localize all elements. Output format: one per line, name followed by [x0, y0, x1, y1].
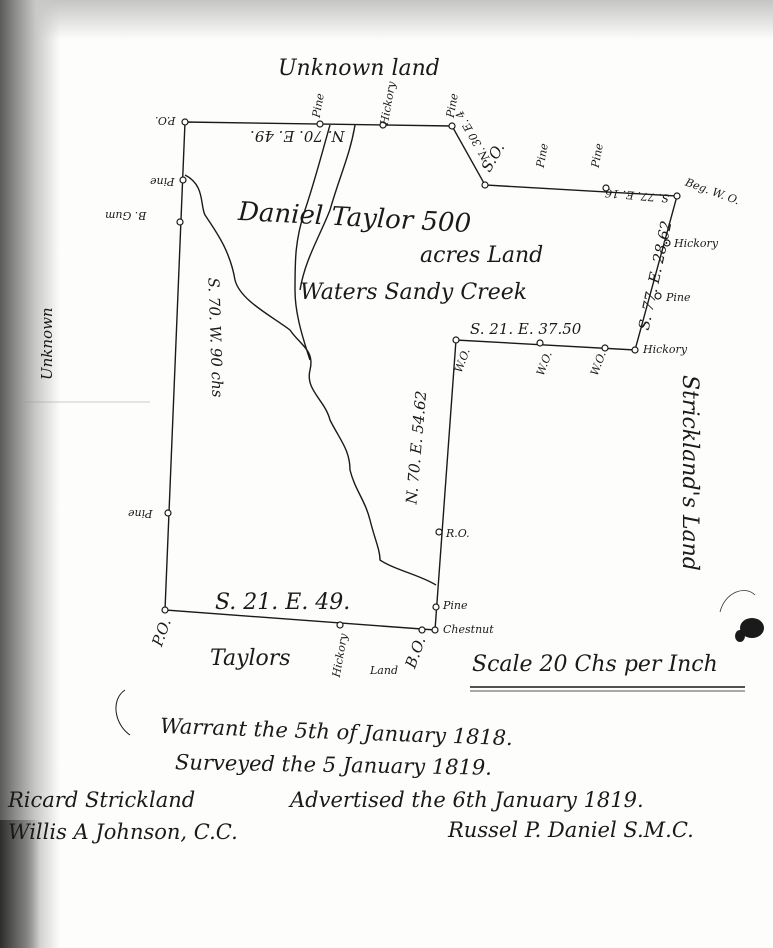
corner-se-hickory: Hickory: [643, 344, 687, 355]
corner-west-pine-1: Pine: [150, 176, 175, 187]
footer-clerk: Willis A Johnson, C.C.: [8, 822, 238, 843]
corner-nw: P.O.: [155, 115, 176, 126]
corner-chestnut: Chestnut: [443, 624, 494, 635]
corner-east-hickory: Hickory: [674, 238, 718, 249]
adjoining-east: Strickland's Land: [678, 375, 700, 571]
document-page: Unknown land Unknown Strickland's Land T…: [0, 0, 773, 948]
adjoining-north: Unknown land: [278, 58, 440, 80]
corner-west-pine-2: Pine: [128, 508, 153, 519]
call-south: S. 21. E. 49.: [215, 592, 350, 614]
adjoining-south-left: Taylors: [210, 648, 291, 670]
corner-se-pine: Pine: [443, 600, 468, 611]
call-north: N. 70. E. 49.: [250, 128, 345, 143]
call-ell-top: S. 21. E. 37.50: [470, 322, 581, 337]
adjoining-west: Unknown: [40, 307, 55, 380]
corner-east-pine: Pine: [666, 292, 691, 303]
footer-surveyed: Surveyed the 5 January 1819.: [175, 752, 492, 779]
call-west: S. 70. W. 90 chs: [205, 277, 224, 397]
corner-west-gum: B. Gum: [105, 210, 146, 221]
corner-ro: R.O.: [446, 528, 470, 539]
adjoining-south-right: Land: [370, 665, 398, 676]
plat-title-acres: acres Land: [420, 245, 543, 267]
plat-title-waters: Waters Sandy Creek: [300, 282, 527, 304]
scale-note: Scale 20 Chs per Inch: [472, 654, 718, 676]
footer-surveyor: Russel P. Daniel S.M.C.: [448, 820, 694, 841]
footer-advertised: Advertised the 6th January 1819.: [290, 790, 644, 811]
ink-blot: [720, 590, 764, 642]
creek-fork-left: [295, 125, 330, 360]
footer-strickland: Ricard Strickland: [8, 790, 195, 811]
